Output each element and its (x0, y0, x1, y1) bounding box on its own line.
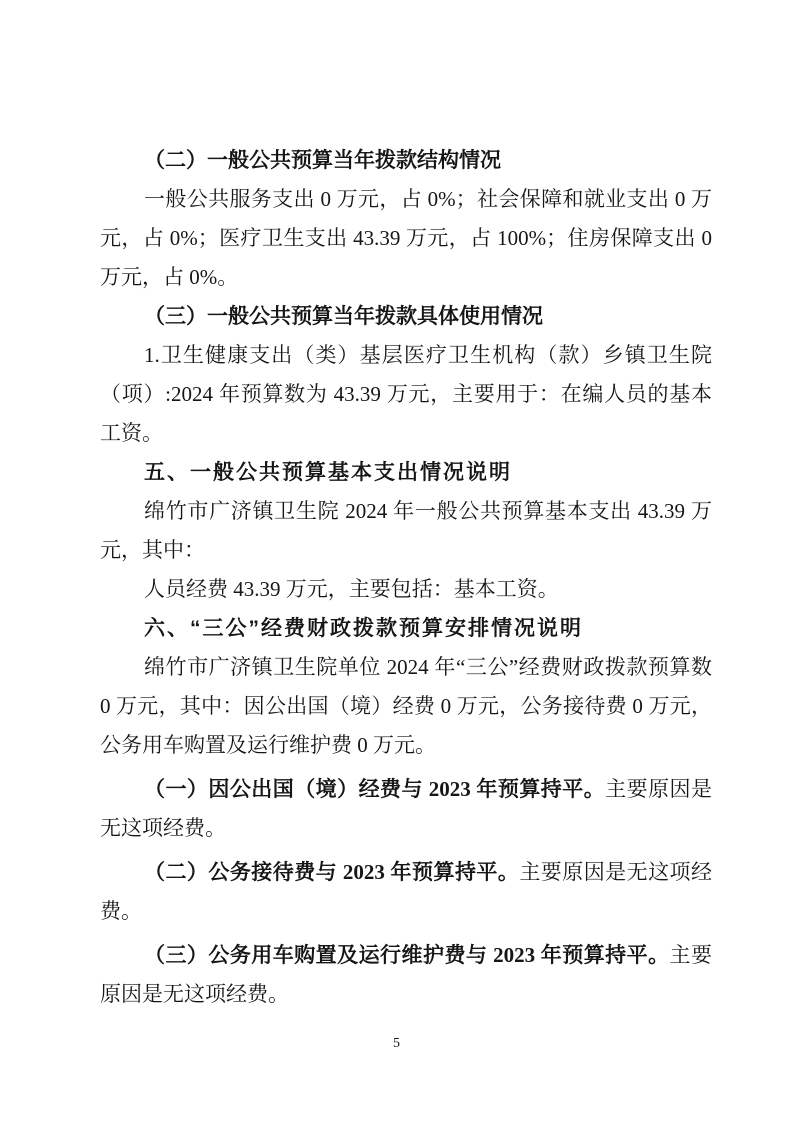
heading-section-3-funding-usage: （三）一般公共预算当年拨款具体使用情况 (100, 297, 712, 336)
heading-section-2-funding-structure: （二）一般公共预算当年拨款结构情况 (100, 141, 712, 180)
paragraph-funding-structure: 一般公共服务支出 0 万元，占 0%；社会保障和就业支出 0 万元，占 0%；医… (100, 180, 712, 297)
page-number: 5 (0, 1034, 793, 1054)
heading-section-6-sangong-budget: 六、“三公”经费财政拨款预算安排情况说明 (100, 609, 712, 648)
paragraph-funding-usage: 1.卫生健康支出（类）基层医疗卫生机构（款）乡镇卫生院（项）:2024 年预算数… (100, 336, 712, 453)
paragraph-personnel-expense: 人员经费 43.39 万元，主要包括：基本工资。 (100, 570, 712, 609)
paragraph-item-2-reception-expense: （二）公务接待费与 2023 年预算持平。主要原因是无这项经费。 (100, 853, 712, 931)
item-3-bold-lead: （三）公务用车购置及运行维护费与 2023 年预算持平。 (144, 943, 670, 967)
heading-section-5-basic-expenditure: 五、一般公共预算基本支出情况说明 (100, 453, 712, 492)
item-2-bold-lead: （二）公务接待费与 2023 年预算持平。 (144, 860, 519, 884)
paragraph-item-3-vehicle-expense: （三）公务用车购置及运行维护费与 2023 年预算持平。主要原因是无这项经费。 (100, 936, 712, 1014)
paragraph-sangong-overview: 绵竹市广济镇卫生院单位 2024 年“三公”经费财政拨款预算数 0 万元，其中：… (100, 648, 712, 765)
item-1-bold-lead: （一）因公出国（境）经费与 2023 年预算持平。 (144, 777, 605, 801)
paragraph-item-1-overseas-expense: （一）因公出国（境）经费与 2023 年预算持平。主要原因是无这项经费。 (100, 770, 712, 848)
paragraph-basic-expenditure: 绵竹市广济镇卫生院 2024 年一般公共预算基本支出 43.39 万元，其中： (100, 492, 712, 570)
document-page: （二）一般公共预算当年拨款结构情况 一般公共服务支出 0 万元，占 0%；社会保… (0, 0, 793, 1122)
document-content: （二）一般公共预算当年拨款结构情况 一般公共服务支出 0 万元，占 0%；社会保… (100, 141, 712, 1014)
